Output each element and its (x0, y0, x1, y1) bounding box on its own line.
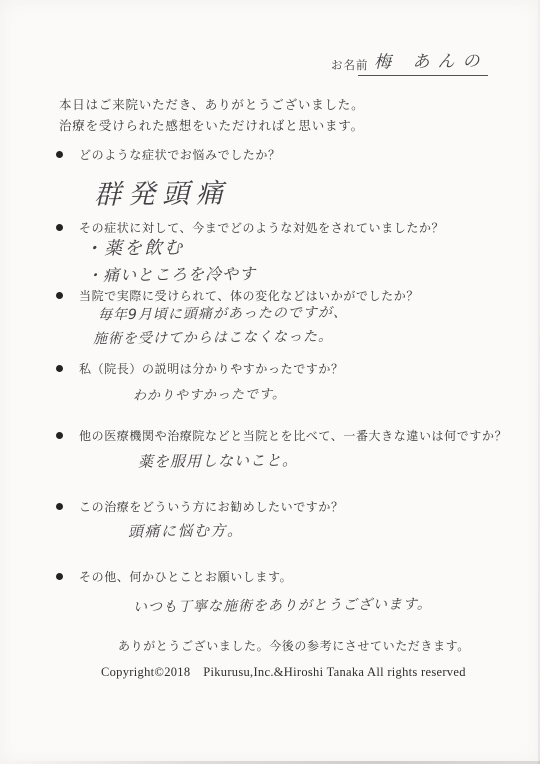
name-label: お名前 (331, 57, 369, 73)
bullet-icon (56, 432, 63, 439)
intro-line-1: 本日はご来院いただき、ありがとうございました。 (59, 95, 364, 113)
answer-1-handwritten: 群発頭痛 (94, 171, 230, 211)
question-6-text: この治療をどういう方にお勧めしたいですか？ (79, 498, 344, 515)
intro-line-2: 治療を受けられた感想をいただければと思います。 (59, 116, 364, 134)
answer-2-line-1-handwritten: ・薬を飲む (84, 233, 184, 260)
bullet-icon (56, 224, 63, 231)
question-1: どのような症状でお悩みでしたか？ (56, 146, 281, 163)
bullet-icon (56, 365, 63, 372)
bullet-icon (56, 292, 63, 299)
name-value-handwritten: 梅 あんの (374, 46, 488, 72)
scanned-questionnaire-page: お名前 梅 あんの 本日はご来院いただき、ありがとうございました。 治療を受けら… (0, 0, 540, 764)
question-3-text: 当院で実際に受けられて、体の変化などはいかがでしたか？ (79, 287, 419, 304)
copyright-line: Copyright©2018 Pikurusu,Inc.&Hiroshi Tan… (101, 662, 466, 680)
question-5-text: 他の医療機関や治療院などと当院とを比べて、一番大きな違いは何ですか？ (79, 427, 507, 444)
answer-6-handwritten: 頭痛に悩む方。 (128, 519, 244, 541)
question-4: 私（院長）の説明は分かりやすかったですか？ (56, 360, 344, 377)
footer-thanks-text: ありがとうございました。今後の参考にさせていただきます。 (118, 637, 470, 654)
question-7-text: その他、何かひとことお願いします。 (79, 568, 292, 585)
answer-2-line-2-handwritten: ・痛いところを冷やす (86, 261, 256, 286)
question-3: 当院で実際に受けられて、体の変化などはいかがでしたか？ (56, 287, 419, 304)
answer-4-handwritten: わかりやすかったです。 (133, 383, 286, 404)
question-1-text: どのような症状でお悩みでしたか？ (79, 146, 281, 163)
question-7: その他、何かひとことお願いします。 (56, 568, 292, 585)
bullet-icon (56, 503, 63, 510)
answer-7-handwritten: いつも丁寧な施術をありがとうございます。 (133, 593, 432, 616)
question-4-text: 私（院長）の説明は分かりやすかったですか？ (79, 360, 344, 377)
bullet-icon (56, 573, 63, 580)
answer-3-line-2-handwritten: 施術を受けてからはこなくなった。 (93, 326, 333, 349)
name-underline (358, 75, 488, 76)
question-5: 他の医療機関や治療院などと当院とを比べて、一番大きな違いは何ですか？ (56, 427, 507, 444)
answer-3-line-1-handwritten: 毎年9月頃に頭痛があったのですが、 (98, 302, 348, 325)
bullet-icon (56, 151, 63, 158)
answer-5-handwritten: 薬を服用しないこと。 (138, 449, 298, 472)
question-6: この治療をどういう方にお勧めしたいですか？ (56, 498, 344, 515)
